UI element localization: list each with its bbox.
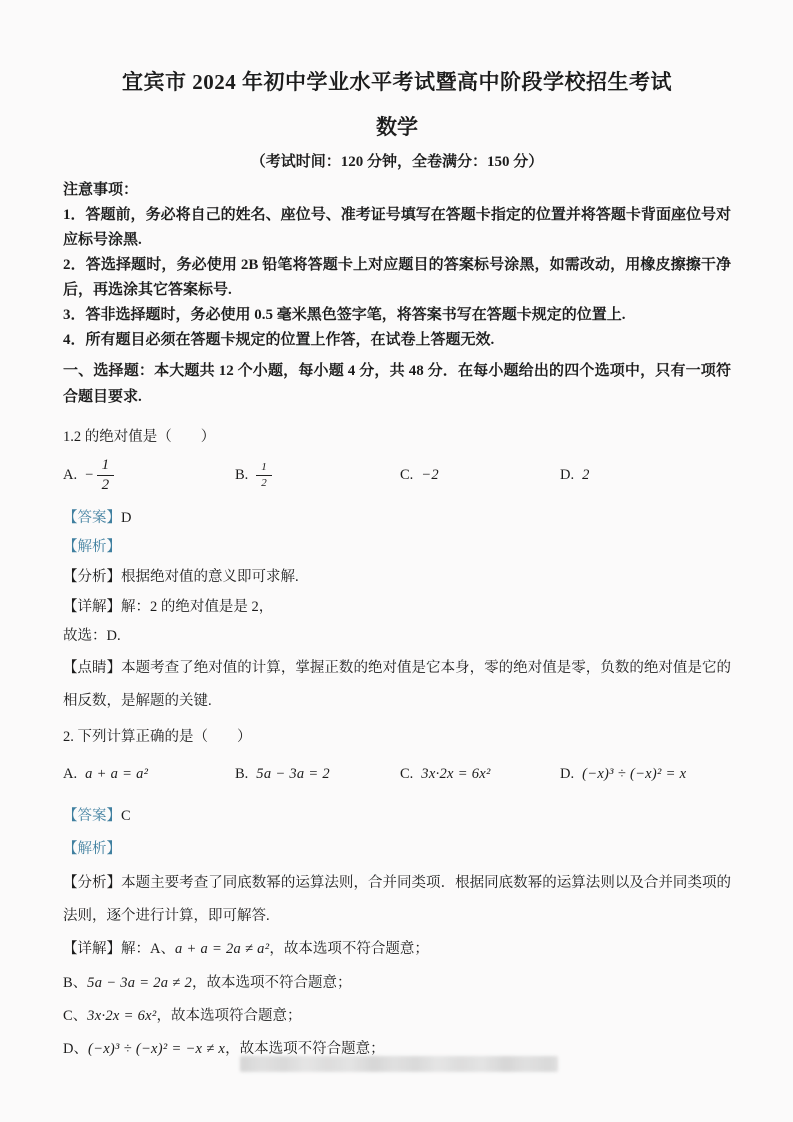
question-1-xiangjie: 【详解】解：2 的绝对值是是 2， [63, 593, 731, 623]
question-2-detail-a: 【详解】解：A、a + a = 2a ≠ a²，故本选项不符合题意； [63, 933, 731, 966]
question-1-analysis-tag: 【解析】 [63, 533, 731, 563]
detail-suffix: ，故本选项符合题意； [157, 1008, 302, 1024]
question-2-option-d: D. (−x)³ ÷ (−x)² = x [560, 766, 731, 783]
question-1-conclusion: 故选：D. [63, 622, 731, 652]
question-2-detail-c: C、3x·2x = 6x²，故本选项符合题意； [63, 1000, 731, 1033]
detail-math: 5a − 3a = 2a ≠ 2 [87, 975, 192, 991]
question-2-stem: 2. 下列计算正确的是（ ） [63, 725, 731, 746]
analysis-tag: 【解析】 [63, 841, 121, 857]
option-c-value: −2 [421, 467, 439, 484]
option-a-math: a + a = a² [85, 766, 148, 783]
option-d-label: D. [560, 467, 574, 484]
analysis-tag: 【解析】 [63, 539, 121, 555]
detail-math: (−x)³ ÷ (−x)² = −x ≠ x [88, 1041, 225, 1057]
fraction-denominator: 2 [256, 476, 272, 490]
question-1-fenxi: 【分析】根据绝对值的意义即可求解. [63, 563, 731, 593]
detail-suffix: ，故本选项不符合题意； [192, 975, 352, 991]
detail-math: 3x·2x = 6x² [87, 1008, 156, 1024]
option-a-label: A. [63, 467, 77, 484]
answer-tag: 【答案】 [63, 510, 121, 526]
fraction-numerator: 1 [97, 457, 115, 476]
option-a-minus: − [85, 467, 93, 484]
notice-item-2: 2．答选择题时，务必使用 2B 铅笔将答题卡上对应题目的答案标号涂黑，如需改动，… [63, 253, 731, 303]
exam-info: （考试时间：120 分钟，全卷满分：150 分） [63, 150, 731, 171]
notice-item-3: 3．答非选择题时，务必使用 0.5 毫米黑色签字笔，将答案书写在答题卡规定的位置… [63, 303, 731, 328]
option-a-label: A. [63, 766, 77, 783]
subject-title: 数学 [63, 111, 731, 141]
question-2-detail-b: B、5a − 3a = 2a ≠ 2，故本选项不符合题意； [63, 967, 731, 1000]
detail-suffix: ，故本选项不符合题意； [269, 941, 429, 957]
option-b-fraction: 1 2 [256, 461, 272, 489]
question-1-answer-line: 【答案】D [63, 504, 731, 534]
question-1-dianjing: 【点睛】本题考查了绝对值的计算，掌握正数的绝对值是它本身，零的绝对值是零，负数的… [63, 652, 731, 719]
notice-heading: 注意事项： [63, 178, 731, 203]
option-b-math: 5a − 3a = 2 [256, 766, 330, 783]
question-2-option-a: A. a + a = a² [63, 766, 235, 783]
question-1-option-a: A. − 1 2 [63, 457, 235, 495]
detail-prefix: B、 [63, 975, 87, 991]
blurred-watermark [240, 1056, 558, 1072]
notice-item-1: 1．答题前，务必将自己的姓名、座位号、准考证号填写在答题卡指定的位置并将答题卡背… [63, 203, 731, 253]
question-2-fenxi: 【分析】本题主要考查了同底数幂的运算法则，合并同类项．根据同底数幂的运算法则以及… [63, 867, 731, 934]
option-c-math: 3x·2x = 6x² [421, 766, 490, 783]
question-1-stem: 1.2 的绝对值是（ ） [63, 425, 731, 446]
option-c-label: C. [400, 766, 413, 783]
exam-paper-page: 宜宾市 2024 年初中学业水平考试暨高中阶段学校招生考试 数学 （考试时间：1… [0, 0, 793, 1122]
option-d-label: D. [560, 766, 574, 783]
question-2-answer-line: 【答案】C [63, 800, 731, 833]
question-2-option-b: B. 5a − 3a = 2 [235, 766, 400, 783]
question-2-options: A. a + a = a² B. 5a − 3a = 2 C. 3x·2x = … [63, 760, 731, 790]
question-1-options: A. − 1 2 B. 1 2 C. −2 D. 2 [63, 450, 731, 502]
option-a-fraction: 1 2 [97, 457, 115, 495]
notice-item-4: 4．所有题目必须在答题卡规定的位置上作答，在试卷上答题无效. [63, 328, 731, 353]
option-d-math: (−x)³ ÷ (−x)² = x [582, 766, 686, 783]
question-1-option-c: C. −2 [400, 467, 560, 484]
detail-prefix: 【详解】解：A、 [63, 941, 175, 957]
fraction-denominator: 2 [97, 476, 115, 494]
detail-math: a + a = 2a ≠ a² [175, 941, 269, 957]
option-b-label: B. [235, 766, 248, 783]
answer-value: D [121, 510, 131, 526]
question-1-option-d: D. 2 [560, 467, 731, 484]
fraction-numerator: 1 [256, 461, 272, 476]
paper-title: 宜宾市 2024 年初中学业水平考试暨高中阶段学校招生考试 [63, 66, 731, 96]
question-2-analysis-tag: 【解析】 [63, 833, 731, 866]
question-2-option-c: C. 3x·2x = 6x² [400, 766, 560, 783]
question-1-option-b: B. 1 2 [235, 461, 400, 489]
answer-value: C [121, 808, 131, 824]
detail-prefix: C、 [63, 1008, 87, 1024]
option-d-value: 2 [582, 467, 590, 484]
option-b-label: B. [235, 467, 248, 484]
detail-suffix: ，故本选项不符合题意； [225, 1041, 385, 1057]
answer-tag: 【答案】 [63, 808, 121, 824]
section-one-heading: 一、选择题：本大题共 12 个小题，每小题 4 分，共 48 分．在每小题给出的… [63, 358, 731, 411]
detail-prefix: D、 [63, 1041, 88, 1057]
option-c-label: C. [400, 467, 413, 484]
